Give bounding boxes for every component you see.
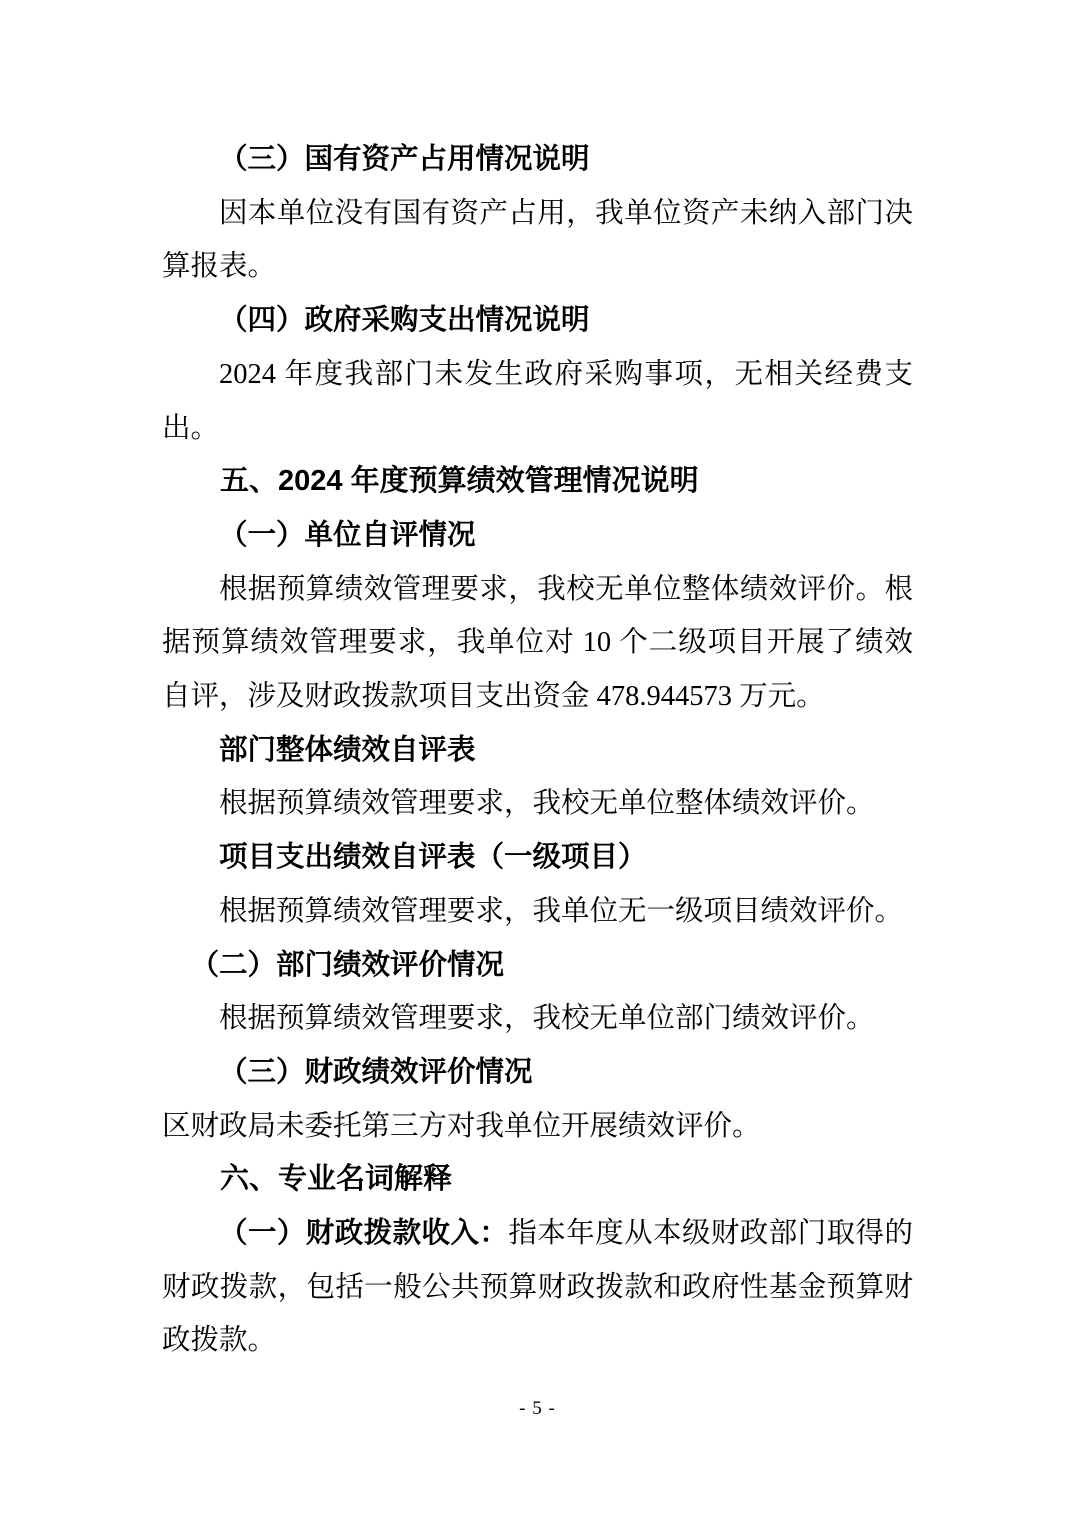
page-number: - 5 -	[0, 1398, 1075, 1420]
paragraph-project-expenditure-self-eval: 根据预算绩效管理要求，我单位无一级项目绩效评价。	[162, 885, 913, 939]
term-name: （一）财政拨款收入：	[219, 1218, 508, 1249]
document-body: （三）国有资产占用情况说明 因本单位没有国有资产占用，我单位资产未纳入部门决算报…	[162, 133, 913, 1368]
section-heading-fiscal-performance-evaluation: （三）财政绩效评价情况	[162, 1046, 913, 1100]
paragraph-gov-procurement: 2024 年度我部门未发生政府采购事项，无相关经费支出。	[162, 348, 913, 455]
section-heading-dept-performance-evaluation: （二）部门绩效评价情况	[162, 939, 913, 993]
section-heading-self-evaluation: （一）单位自评情况	[162, 509, 913, 563]
paragraph-dept-performance-evaluation: 根据预算绩效管理要求，我校无单位部门绩效评价。	[162, 992, 913, 1046]
document-page: （三）国有资产占用情况说明 因本单位没有国有资产占用，我单位资产未纳入部门决算报…	[0, 0, 1075, 1520]
chapter-heading-budget-performance: 五、2024 年度预算绩效管理情况说明	[162, 455, 913, 509]
section-heading-project-expenditure-self-eval-table: 项目支出绩效自评表（一级项目）	[162, 831, 913, 885]
section-heading-state-assets: （三）国有资产占用情况说明	[162, 133, 913, 187]
section-heading-dept-overall-self-eval-table: 部门整体绩效自评表	[162, 724, 913, 778]
paragraph-term-fiscal-appropriation-income: （一）财政拨款收入：指本年度从本级财政部门取得的财政拨款，包括一般公共预算财政拨…	[162, 1207, 913, 1368]
paragraph-dept-overall-self-eval: 根据预算绩效管理要求，我校无单位整体绩效评价。	[162, 777, 913, 831]
chapter-heading-terminology: 六、专业名词解释	[162, 1153, 913, 1207]
paragraph-self-evaluation: 根据预算绩效管理要求，我校无单位整体绩效评价。根据预算绩效管理要求，我单位对 1…	[162, 563, 913, 724]
paragraph-state-assets: 因本单位没有国有资产占用，我单位资产未纳入部门决算报表。	[162, 187, 913, 294]
section-heading-gov-procurement: （四）政府采购支出情况说明	[162, 294, 913, 348]
paragraph-fiscal-performance-evaluation: 区财政局未委托第三方对我单位开展绩效评价。	[162, 1100, 913, 1154]
